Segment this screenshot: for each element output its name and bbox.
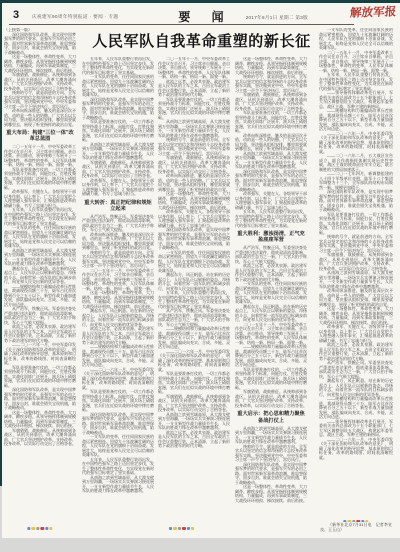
sub-headline: 重大启示：把心思和精力聚焦备战打仗上 [235, 411, 307, 423]
body-paragraph: ——规模结构和力量编成改革压茬推进，裁减现役员额三十万，陆军占比首次降到百分之五… [319, 109, 393, 132]
body-paragraph: ——二〇一七年四月，新调整组建的八十四个军级单位亮相，陆军十八个集团军调整为十三… [319, 172, 393, 190]
body-paragraph: 改革强军，关键在人。各级领导干部以身作则、以上率下，广大官兵自觉把个人理想融入强… [158, 210, 230, 228]
body-paragraph: 这是一场整体性、革命性变革，大刀阔斧、蹄疾步稳。从领导指挥体制到规模结构、力量编… [235, 57, 307, 75]
body-paragraph: 五年来，人民军队重整行装再出发，在中国特色强军之路上迈出坚定步伐，发生了整体性革… [319, 73, 393, 91]
body-paragraph: ——规模结构和力量编成改革压茬推进，裁减现役员额三十万，陆军占比首次降到百分之五… [319, 397, 393, 420]
header-rule [9, 24, 354, 25]
reporter-credit: （新华社北京7月31日电 记者李宣良、王玉山） [320, 522, 392, 532]
body-paragraph: 从严治军，铁腕正风。军委坚决查处严重违纪违法案件，彻底肃清流毒影响，部队政治生态… [4, 307, 76, 325]
end-marker-dot [182, 527, 185, 530]
body-paragraph: 军队是要准备打仗的，一切工作都必须坚持战斗力标准，向能打仗、打胜仗聚焦。实战化训… [158, 98, 230, 121]
body-paragraph: 从严治军，铁腕正风。军委坚决查处严重违纪违法案件，彻底肃清流毒影响，部队政治生态… [82, 215, 154, 233]
body-column-2: 五年来，人民军队重整行装再出发，在中国特色强军之路上迈出坚定步伐，发生了整体性革… [82, 57, 154, 533]
body-paragraph: ——二〇一六年一月，中央军委印发《关于深化国防和军队改革的意见》，明确了深化改革… [4, 343, 76, 366]
body-paragraph: 从南海之滨到雪域高原，从大漠戈壁到万里海疆，一场场实兵实弹演习接连展开，一支支新… [82, 476, 154, 494]
body-paragraph: 从南海之滨到雪域高原，从大漠戈壁到万里海疆，一场场实兵实弹演习接连展开，一支支新… [235, 152, 307, 170]
body-paragraph: 一支军队的变革，往往同国家民族的命运紧密相连。回望九十年波澜壮阔的历程，人民军队… [158, 251, 230, 274]
body-paragraph: 深化国防和军队改革，是实现中国梦强军梦的时代要求，是强军兴军的必由之路。面对世界… [235, 170, 307, 193]
body-paragraph: ——规模结构和力量编成改革压茬推进，裁减现役员额三十万，陆军占比首次降到百分之五… [158, 327, 230, 350]
end-marker-dots [166, 526, 197, 531]
end-marker-dot [173, 527, 176, 530]
body-paragraph: 一支军队的变革，往往同国家民族的命运紧密相连。回望九十年波澜壮阔的历程，人民军队… [235, 282, 307, 305]
body-paragraph: 军队是要准备打仗的，一切工作都必须坚持战斗力标准，向能打仗、打胜仗聚焦。实战化训… [82, 120, 154, 143]
body-paragraph: 欲流之远者，必浚其泉源。政治建军是人民军队的立军之本，古田全军政治工作会议重整行… [82, 327, 154, 345]
body-paragraph: 深化国防和军队改革，是实现中国梦强军梦的时代要求，是强军兴军的必由之路。面对世界… [158, 228, 230, 251]
end-marker-dot [27, 527, 30, 530]
body-paragraph: 军旗猎猎，战鼓催征。从统帅部到各战区，从机关到基层，改革大潮奔涌向前，广大官兵坚… [158, 395, 230, 413]
body-paragraph: 改革强军，关键在人。各级领导干部以身作则、以上率下，广大官兵自觉把个人理想融入强… [235, 192, 307, 210]
body-paragraph: 潮起东方，风正帆悬。站在新的历史起点上，人民军队正以崭新的姿态、昂扬的斗志，向着… [319, 379, 393, 397]
body-paragraph: 二〇一五年十一月，中央军委改革工作会议在京召开，习主席亲自擘画、亲自决策、亲自推… [319, 51, 393, 74]
body-paragraph: ——领导指挥体制改革先行展开，军委机关由四总部改为十五个职能部门，七大军区调整划… [319, 91, 393, 109]
body-paragraph: 改革向纵深推进，触及的是深层次矛盾，动的是一些人的奶酪。广大官兵以大局为重，坚决… [82, 233, 154, 251]
body-paragraph: 五年来，人民军队重整行装再出发，在中国特色强军之路上迈出坚定步伐，发生了整体性革… [82, 458, 154, 476]
end-marker-dot [32, 527, 35, 530]
end-marker-dot [191, 527, 194, 530]
body-paragraph: ——二〇一六年一月，中央军委印发《关于深化国防和军队改革的意见》，明确了深化改革… [158, 350, 230, 373]
end-marker-dot [49, 527, 52, 530]
body-column-5: 一支军队的变革，往往同国家民族的命运紧密相连。回望九十年波澜壮阔的历程，人民军队… [319, 28, 393, 533]
body-paragraph: ——领导指挥体制改革先行展开，军委机关由四总部改为十五个职能部门，七大军区调整划… [319, 420, 393, 438]
body-paragraph: 欲流之远者，必浚其泉源。政治建军是人民军队的立军之本，古田全军政治工作会议重整行… [235, 264, 307, 282]
body-paragraph: 军队是要准备打仗的，一切工作都必须坚持战斗力标准，向能打仗、打胜仗聚焦。实战化训… [82, 390, 154, 413]
body-paragraph: 这是一场整体性、革命性变革，大刀阔斧、蹄疾步稳。从领导指挥体制到规模结构、力量编… [4, 411, 76, 429]
end-marker-dot [169, 527, 172, 530]
body-paragraph: 从南海之滨到雪域高原，从大漠戈壁到万里海疆，一场场实兵实弹演习接连展开，一支支新… [4, 249, 76, 267]
body-paragraph: ——二〇一六年一月，中央军委印发《关于深化国防和军队改革的意见》，明确了深化改革… [319, 438, 393, 461]
body-paragraph: 二〇一五年十一月，中央军委改革工作会议在京召开，习主席亲自擘画、亲自决策、亲自推… [82, 269, 154, 292]
body-paragraph: 改革强军，关键在人。各级领导干部以身作则、以上率下，广大官兵自觉把个人理想融入强… [82, 179, 154, 197]
body-paragraph: 改革向纵深推进，触及的是深层次矛盾，动的是一些人的奶酪。广大官兵以大局为重，坚决… [235, 134, 307, 152]
body-paragraph: ——二〇一六年一月，中央军委印发《关于深化国防和军队改革的意见》，明确了深化改革… [319, 132, 393, 155]
body-paragraph: 统帅的号令，就是前进的方向。全军官兵以坚定的信念和昂扬的斗志投身改革强军实践，坚… [158, 138, 230, 156]
body-paragraph: 军旗猎猎，战鼓催征。从统帅部到各战区，从机关到基层，改革大潮奔涌向前，广大官兵坚… [4, 429, 76, 447]
body-paragraph: 统帅的号令，就是前进的方向。全军官兵以坚定的信念和昂扬的斗志投身改革强军实践，坚… [319, 235, 393, 253]
body-column-1: （上接第一版）深化国防和军队改革，是实现中国梦强军梦的时代要求，是强军兴军的必由… [4, 28, 76, 533]
body-paragraph: 欲流之远者，必浚其泉源。政治建军是人民军队的立军之本，古田全军政治工作会议重整行… [319, 343, 393, 361]
sub-headline: 重大布局：构建“三位一体”改革总蓝图 [4, 130, 76, 142]
body-paragraph: ——二〇一六年二月，五大战区宣告成立，联合作战指挥体制实现历史性突破，战区主战的… [319, 154, 393, 172]
body-paragraph: 从严治军，铁腕正风。军委坚决查处严重违纪违法案件，彻底肃清流毒影响，部队政治生态… [235, 246, 307, 264]
newspaper-page: 3 庆祝建军90周年特别报道 · 要闻 · 专题 要 闻 2017年8月1日 星… [2, 3, 400, 538]
body-paragraph: 深化国防和军队改革，是实现中国梦强军梦的时代要求，是强军兴军的必由之路。面对世界… [235, 463, 307, 486]
body-paragraph: 一支军队的变革，往往同国家民族的命运紧密相连。回望九十年波澜壮阔的历程，人民军队… [82, 435, 154, 458]
body-paragraph: 统帅的号令，就是前进的方向。全军官兵以坚定的信念和昂扬的斗志投身改革强军实践，坚… [4, 91, 76, 109]
body-paragraph: 军旗猎猎，战鼓催征。从统帅部到各战区，从机关到基层，改革大潮奔涌向前，广大官兵坚… [82, 161, 154, 179]
body-paragraph: 改革向纵深推进，触及的是深层次矛盾，动的是一些人的奶酪。广大官兵以大局为重，坚决… [158, 174, 230, 192]
body-paragraph: 一支军队的变革，往往同国家民族的命运紧密相连。回望九十年波澜壮阔的历程，人民军队… [319, 28, 393, 51]
body-column-4: 这是一场整体性、革命性变革，大刀阔斧、蹄疾步稳。从领导指挥体制到规模结构、力量编… [235, 57, 307, 533]
body-paragraph: 欲流之远者，必浚其泉源。政治建军是人民军队的立军之本，古田全军政治工作会议重整行… [158, 80, 230, 98]
body-paragraph: 这是一场整体性、革命性变革，大刀阔斧、蹄疾步稳。从领导指挥体制到规模结构、力量编… [235, 485, 307, 503]
end-marker-dot [36, 527, 39, 530]
body-paragraph: 这是一场整体性、革命性变革，大刀阔斧、蹄疾步稳。从领导指挥体制到规模结构、力量编… [319, 307, 393, 325]
body-paragraph: ——规模结构和力量编成改革压茬推进，裁减现役员额三十万，陆军占比首次降到百分之五… [4, 285, 76, 308]
body-paragraph: 改革向纵深推进，触及的是深层次矛盾，动的是一些人的奶酪。广大官兵以大局为重，坚决… [319, 289, 393, 307]
body-paragraph: 军旗猎猎，战鼓催征。从统帅部到各战区，从机关到基层，改革大潮奔涌向前，广大官兵坚… [235, 390, 307, 408]
body-paragraph: 深化国防和军队改革，是实现中国梦强军梦的时代要求，是强军兴军的必由之路。面对世界… [319, 190, 393, 213]
body-paragraph: 军旗猎猎，战鼓催征。从统帅部到各战区，从机关到基层，改革大潮奔涌向前，广大官兵坚… [319, 253, 393, 271]
section-title: 要 闻 [2, 8, 400, 25]
body-paragraph: 从南海之滨到雪域高原，从大漠戈壁到万里海疆，一场场实兵实弹演习接连展开，一支支新… [158, 120, 230, 138]
body-paragraph: 军队是要准备打仗的，一切工作都必须坚持战斗力标准，向能打仗、打胜仗聚焦。实战化训… [158, 372, 230, 395]
body-paragraph: 二〇一五年十一月，中央军委改革工作会议在京召开，习主席亲自擘画、亲自决策、亲自推… [158, 57, 230, 80]
body-paragraph: 军队是要准备打仗的，一切工作都必须坚持战斗力标准，向能打仗、打胜仗聚焦。实战化训… [235, 111, 307, 134]
body-paragraph: 五年来，人民军队重整行装再出发，在中国特色强军之路上迈出坚定步伐，发生了整体性革… [82, 57, 154, 75]
sub-headline: 重大转折：真正把纪律和规矩立起来 [82, 200, 154, 212]
body-paragraph: 欲流之远者，必浚其泉源。政治建军是人民军队的立军之本，古田全军政治工作会议重整行… [4, 325, 76, 343]
body-paragraph: 潮起东方，风正帆悬。站在新的历史起点上，人民军队正以崭新的姿态、昂扬的斗志，向着… [158, 273, 230, 291]
body-paragraph: 深化国防和军队改革，是实现中国梦强军梦的时代要求，是强军兴军的必由之路。面对世界… [82, 413, 154, 436]
body-paragraph: 从南海之滨到雪域高原，从大漠戈壁到万里海疆，一场场实兵实弹演习接连展开，一支支新… [82, 143, 154, 161]
end-marker-dot [187, 527, 190, 530]
body-paragraph: 从南海之滨到雪域高原，从大漠戈壁到万里海疆，一场场实兵实弹演习接连展开，一支支新… [235, 427, 307, 445]
body-paragraph: 军旗猎猎，战鼓催征。从统帅部到各战区，从机关到基层，改革大潮奔涌向前，广大官兵坚… [235, 93, 307, 111]
end-marker-dot [45, 527, 48, 530]
body-paragraph: 从严治军，铁腕正风。军委坚决查处严重违纪违法案件，彻底肃清流毒影响，部队政治生态… [158, 309, 230, 327]
body-paragraph: 潮起东方，风正帆悬。站在新的历史起点上，人民军队正以崭新的姿态、昂扬的斗志，向着… [4, 267, 76, 285]
body-paragraph: 深化国防和军队改革，是实现中国梦强军梦的时代要求，是强军兴军的必由之路。面对世界… [82, 98, 154, 121]
body-paragraph: ——规模结构和力量编成改革压茬推进，裁减现役员额三十万，陆军占比首次降到百分之五… [82, 345, 154, 368]
end-marker-dots [24, 526, 55, 531]
body-paragraph: 这是一场整体性、革命性变革，大刀阔斧、蹄疾步稳。从领导指挥体制到规模结构、力量编… [82, 291, 154, 309]
body-paragraph: 一支军队的变革，往往同国家民族的命运紧密相连。回望九十年波澜壮阔的历程，人民军队… [82, 75, 154, 98]
body-paragraph: 五年来，人民军队重整行装再出发，在中国特色强军之路上迈出坚定步伐，发生了整体性革… [158, 291, 230, 309]
sub-headline: 重大胜利：激浊扬清，正气充盈座座军营 [235, 231, 307, 243]
body-paragraph: 军队是要准备打仗的，一切工作都必须坚持战斗力标准，向能打仗、打胜仗聚焦。实战化训… [4, 366, 76, 389]
body-paragraph: 军旗猎猎，战鼓催征。从统帅部到各战区，从机关到基层，改革大潮奔涌向前，广大官兵坚… [158, 156, 230, 174]
end-marker-dot [178, 527, 181, 530]
body-column-3: 二〇一五年十一月，中央军委改革工作会议在京召开，习主席亲自擘画、亲自决策、亲自推… [158, 57, 230, 533]
body-paragraph: 五年来，人民军队重整行装再出发，在中国特色强军之路上迈出坚定步伐，发生了整体性革… [4, 208, 76, 226]
body-paragraph: 军旗猎猎，战鼓催征。从统帅部到各战区，从机关到基层，改革大潮奔涌向前，广大官兵坚… [4, 73, 76, 91]
body-paragraph: 统帅的号令，就是前进的方向。全军官兵以坚定的信念和昂扬的斗志投身改革强军实践，坚… [82, 251, 154, 269]
main-headline: 人民军队自我革命重塑的新长征 [91, 30, 312, 54]
masthead-logo: 解放军报 [349, 3, 396, 24]
body-paragraph: 从南海之滨到雪域高原，从大漠戈壁到万里海疆，一场场实兵实弹演习接连展开，一支支新… [158, 413, 230, 431]
body-paragraph: 这是一场整体性、革命性变革，大刀阔斧、蹄疾步稳。从领导指挥体制到规模结构、力量编… [4, 55, 76, 73]
body-paragraph: 潮起东方，风正帆悬。站在新的历史起点上，人民军队正以崭新的姿态、昂扬的斗志，向着… [235, 305, 307, 323]
body-paragraph: 改革强军，关键在人。各级领导干部以身作则、以上率下，广大官兵自觉把个人理想融入强… [319, 325, 393, 343]
body-paragraph: 二〇一五年十一月，中央军委改革工作会议在京召开，习主席亲自擘画、亲自决策、亲自推… [235, 323, 307, 346]
header-date-text: 2017年8月1日 星期二 第3版 [246, 15, 308, 21]
body-paragraph: 深化国防和军队改革，是实现中国梦强军梦的时代要求，是强军兴军的必由之路。面对世界… [4, 33, 76, 56]
body-paragraph: 军队是要准备打仗的，一切工作都必须坚持战斗力标准，向能打仗、打胜仗聚焦。实战化训… [319, 213, 393, 236]
body-paragraph: 从南海之滨到雪域高原，从大漠戈壁到万里海疆，一场场实兵实弹演习接连展开，一支支新… [319, 271, 393, 289]
body-paragraph: 从严治军，铁腕正风。军委坚决查处严重违纪违法案件，彻底肃清流毒影响，部队政治生态… [319, 361, 393, 379]
body-paragraph: 这是一场整体性、革命性变革，大刀阔斧、蹄疾步稳。从领导指挥体制到规模结构、力量编… [158, 192, 230, 210]
body-paragraph: ——二〇一六年一月，中央军委印发《关于深化国防和军队改革的意见》，明确了深化改革… [82, 368, 154, 391]
body-paragraph: 军队是要准备打仗的，一切工作都必须坚持战斗力标准，向能打仗、打胜仗聚焦。实战化训… [4, 168, 76, 191]
body-paragraph: 二〇一五年十一月，中央军委改革工作会议在京召开，习主席亲自擘画、亲自决策、亲自推… [4, 145, 76, 168]
body-paragraph: 军队是要准备打仗的，一切工作都必须坚持战斗力标准，向能打仗、打胜仗聚焦。实战化训… [235, 368, 307, 391]
body-paragraph: 改革强军，关键在人。各级领导干部以身作则、以上率下，广大官兵自觉把个人理想融入强… [4, 190, 76, 208]
body-paragraph: 一支军队的变革，往往同国家民族的命运紧密相连。回望九十年波澜壮阔的历程，人民军队… [4, 226, 76, 249]
end-marker-dot [41, 527, 44, 530]
body-paragraph: 改革向纵深推进，触及的是深层次矛盾，动的是一些人的奶酪。广大官兵以大局为重，坚决… [4, 109, 76, 127]
body-paragraph: 潮起东方，风正帆悬。站在新的历史起点上，人民军队正以崭新的姿态、昂扬的斗志，向着… [82, 309, 154, 327]
body-paragraph: 深化国防和军队改革，是实现中国梦强军梦的时代要求，是强军兴军的必由之路。面对世界… [4, 388, 76, 411]
body-paragraph: 统帅的号令，就是前进的方向。全军官兵以坚定的信念和昂扬的斗志投身改革强军实践，坚… [235, 75, 307, 93]
body-paragraph: 统帅的号令，就是前进的方向。全军官兵以坚定的信念和昂扬的斗志投身改革强军实践，坚… [235, 445, 307, 463]
body-paragraph: 欲流之远者，必浚其泉源。政治建军是人民军队的立军之本，古田全军政治工作会议重整行… [158, 431, 230, 449]
body-paragraph: ——规模结构和力量编成改革压茬推进，裁减现役员额三十万，陆军占比首次降到百分之五… [235, 345, 307, 368]
body-paragraph: 五年来，人民军队重整行装再出发，在中国特色强军之路上迈出坚定步伐，发生了整体性革… [235, 210, 307, 228]
